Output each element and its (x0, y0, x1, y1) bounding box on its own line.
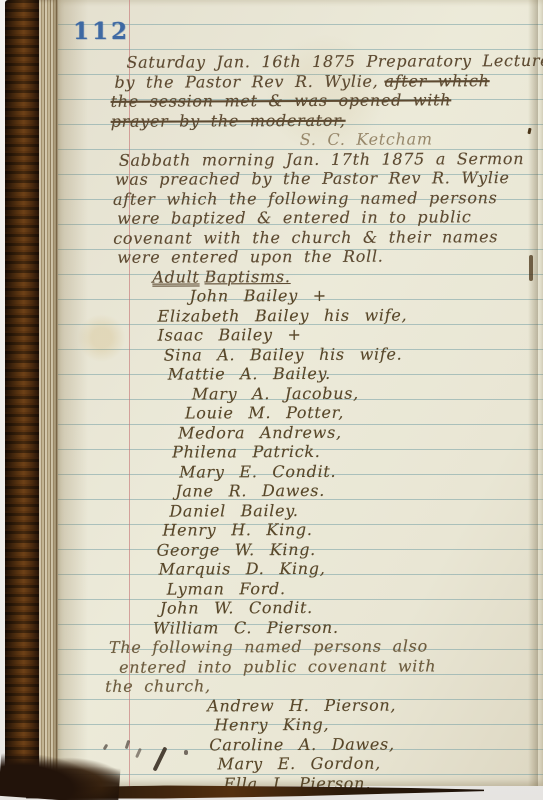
strikethrough-text: the session met & was opened with (111, 90, 452, 110)
baptized-name: George W. King. (157, 538, 543, 559)
record-line: prayer by the moderator, (111, 109, 542, 130)
baptized-name: John Bailey + (189, 285, 542, 306)
record-line: the church, (105, 675, 543, 696)
baptized-name: Louie M. Potter, (185, 402, 543, 423)
baptized-name: Elizabeth Bailey his wife, (157, 304, 542, 325)
covenant-name: Henry King, (214, 714, 543, 735)
record-line: was preached by the Pastor Rev R. Wylie (115, 168, 542, 189)
record-line: The following named persons also (109, 636, 543, 657)
record-line: entered into public covenant with (119, 655, 543, 676)
baptized-name: John W. Condit. (160, 597, 543, 618)
baptized-name: Mary E. Condit. (179, 460, 543, 481)
baptized-name: Mary A. Jacobus, (192, 382, 543, 403)
record-line: Saturday Jan. 16th 1875 Preparatory Lect… (126, 51, 541, 72)
page-edge-stack (39, 0, 58, 786)
record-line: after which the following named persons (113, 187, 542, 208)
strikethrough-text: after which (384, 71, 489, 90)
record-line: by the Pastor Rev R. Wylie,after which (114, 70, 541, 91)
baptized-name: Marquis D. King, (159, 558, 543, 579)
baptized-name: Sina A. Bailey his wife. (164, 343, 543, 364)
heading-word: Baptisms. (204, 267, 290, 286)
ledger-book-photo: 112 Saturday Jan. 16th 1875 Preparatory … (0, 0, 543, 800)
covenant-name: Andrew H. Pierson, (207, 694, 543, 715)
strikethrough-text: prayer by the moderator, (111, 110, 346, 130)
baptized-name: Mattie A. Bailey. (168, 363, 543, 384)
record-line: were baptized & entered in to public (117, 207, 542, 228)
pencil-mark (184, 750, 188, 755)
section-heading-adult-baptisms: AdultBaptisms. (152, 265, 542, 286)
baptized-name: Jane R. Dawes. (175, 480, 543, 501)
covenant-name: Mary E. Gordon, (217, 753, 543, 774)
baptized-name: Henry H. King. (162, 519, 543, 540)
ledger-page: 112 Saturday Jan. 16th 1875 Preparatory … (58, 0, 543, 786)
book-spine (5, 0, 39, 788)
handwritten-content: Saturday Jan. 16th 1875 Preparatory Lect… (56, 51, 543, 794)
record-line: covenant with the church & their names (113, 226, 542, 247)
frayed-leather-corner (0, 744, 122, 800)
baptized-name: Philena Patrick. (172, 441, 543, 462)
baptized-name: William C. Pierson. (153, 616, 543, 637)
heading-word: Adult (152, 267, 199, 286)
baptized-name: Isaac Bailey + (158, 324, 543, 345)
covenant-name: Caroline A. Dawes, (209, 733, 543, 754)
record-text: by the Pastor Rev R. Wylie, (114, 71, 378, 91)
record-line: were entered upon the Roll. (117, 246, 542, 267)
clerk-signature: S. C. Ketcham (300, 129, 542, 150)
record-line: the session met & was opened with (111, 90, 542, 111)
baptized-name: Medora Andrews, (178, 421, 543, 442)
record-text: Saturday Jan. 16th 1875 Preparatory Lect… (126, 51, 543, 72)
baptized-name: Daniel Bailey. (169, 499, 543, 520)
baptized-name: Lyman Ford. (167, 577, 543, 598)
record-line: Sabbath morning Jan. 17th 1875 a Sermon (119, 148, 542, 169)
page-number-stamp: 112 (73, 18, 130, 45)
